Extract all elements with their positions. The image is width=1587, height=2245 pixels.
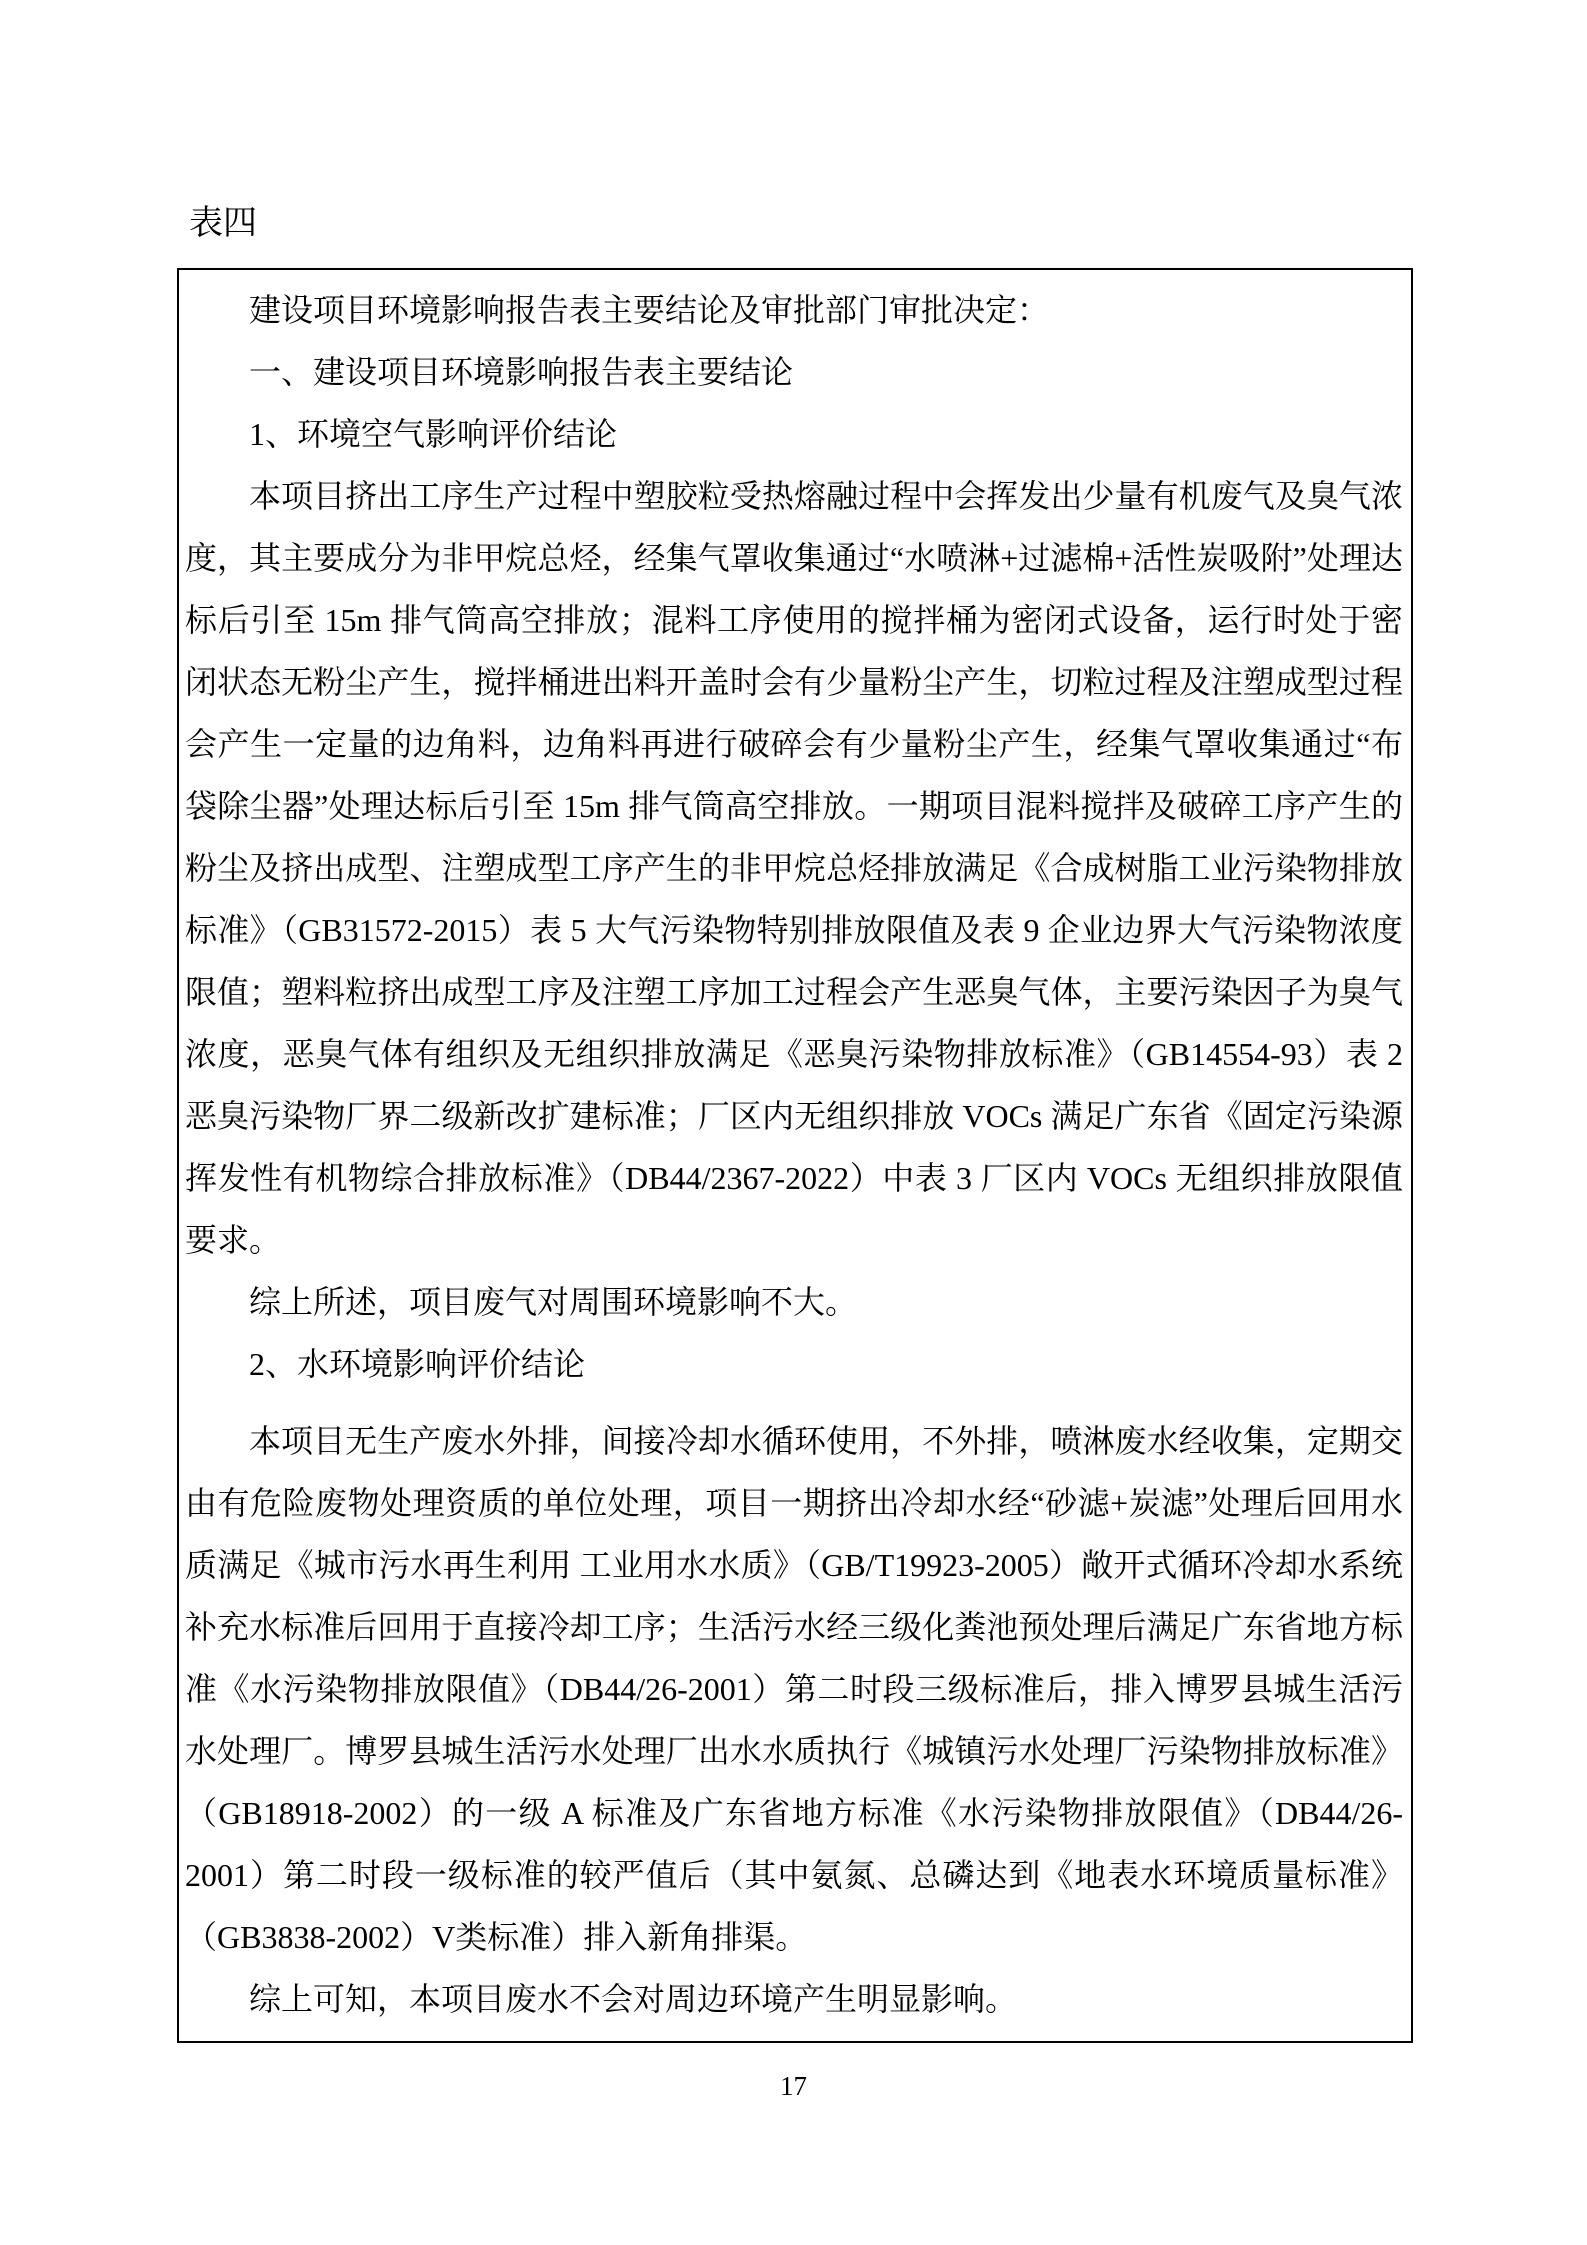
paragraph-subsection-air-heading: 1、环境空气影响评价结论 [185, 403, 1403, 465]
paragraph-subsection-water-heading: 2、水环境影响评价结论 [185, 1333, 1403, 1395]
paragraph-air-summary: 综上所述，项目废气对周围环境影响不大。 [185, 1271, 1403, 1333]
paragraph-water-conclusion-body: 本项目无生产废水外排，间接冷却水循环使用，不外排，喷淋废水经收集，定期交由有危险… [185, 1410, 1403, 1968]
paragraph-air-conclusion-body: 本项目挤出工序生产过程中塑胶粒受热熔融过程中会挥发出少量有机废气及臭气浓度，其主… [185, 465, 1403, 1271]
document-page: 表四 建设项目环境影响报告表主要结论及审批部门审批决定： 一、建设项目环境影响报… [0, 0, 1587, 2245]
paragraph-box-title: 建设项目环境影响报告表主要结论及审批部门审批决定： [185, 279, 1403, 341]
page-number: 17 [0, 2070, 1587, 2102]
paragraph-section-heading: 一、建设项目环境影响报告表主要结论 [185, 341, 1403, 403]
table-label: 表四 [189, 204, 257, 244]
conclusion-box: 建设项目环境影响报告表主要结论及审批部门审批决定： 一、建设项目环境影响报告表主… [177, 268, 1413, 2043]
paragraph-water-summary: 综上可知，本项目废水不会对周边环境产生明显影响。 [185, 1968, 1403, 2030]
